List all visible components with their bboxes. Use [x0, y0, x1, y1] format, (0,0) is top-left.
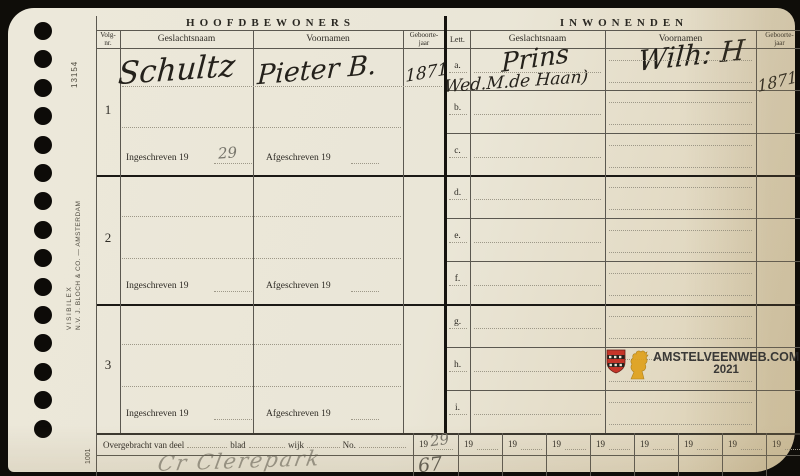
- lodger-row-letter: e.: [445, 231, 470, 241]
- element: jaar: [403, 40, 445, 48]
- dotted-line: [609, 295, 752, 296]
- rule-line: [96, 175, 800, 177]
- element: [614, 356, 616, 358]
- dotted-line: [609, 167, 752, 168]
- punch-hole: [34, 164, 52, 182]
- stock-number-vertical: 1001: [85, 430, 92, 464]
- dotted-line: [474, 285, 601, 286]
- year-cell: 19: [728, 439, 737, 449]
- dotted-line: [122, 258, 401, 259]
- dotted-line: [609, 449, 630, 450]
- year-cell: 19: [508, 439, 517, 449]
- dotted-line: [521, 449, 542, 450]
- rule-line: [96, 30, 800, 31]
- element: [631, 351, 648, 379]
- lodger-row-letter: h.: [445, 360, 470, 370]
- punch-hole: [34, 278, 52, 296]
- scanned-card-photo: 13154 VISIBILEX N.V. J. BLOCH & CO. — AM…: [0, 0, 800, 476]
- col-header-geboortejaar-left: Geboorte- jaar: [403, 32, 445, 47]
- rule-line: [96, 304, 800, 306]
- dotted-line: [697, 449, 718, 450]
- punch-hole: [34, 391, 52, 409]
- punch-hole: [34, 334, 52, 352]
- watermark-year: 2021: [653, 364, 799, 377]
- dotted-line: [609, 316, 752, 317]
- dotted-line: [609, 402, 752, 403]
- punch-hole: [34, 50, 52, 68]
- punch-hole: [34, 107, 52, 125]
- dotted-line: [122, 344, 401, 345]
- printer-name-vertical: N.V. J. BLOCH & CO. — AMSTERDAM: [75, 170, 82, 330]
- afgeschreven-label-1: Afgeschreven 19: [266, 153, 331, 163]
- afgeschreven-label-2: Afgeschreven 19: [266, 281, 331, 291]
- year-cell: 19: [552, 439, 561, 449]
- amstelveen-coat-of-arms-icon: [605, 348, 649, 380]
- rule-line: [445, 390, 800, 391]
- dotted-line: [785, 449, 800, 450]
- year-cell: 19: [464, 439, 473, 449]
- dotted-line: [449, 157, 467, 158]
- dotted-line: [449, 199, 467, 200]
- year-cell: 19: [640, 439, 649, 449]
- registration-card: 13154 VISIBILEX N.V. J. BLOCH & CO. — AM…: [8, 8, 795, 472]
- lodger-row-letter: a.: [445, 61, 470, 71]
- dotted-line: [474, 328, 601, 329]
- dotted-line: [214, 163, 252, 164]
- dotted-line: [474, 371, 601, 372]
- rule-line: [403, 30, 404, 433]
- dotted-blank: [187, 447, 227, 448]
- dotted-line: [214, 419, 252, 420]
- no-label: No.: [343, 440, 356, 450]
- dotted-line: [449, 328, 467, 329]
- dotted-line: [122, 386, 401, 387]
- rule-line: [445, 133, 800, 134]
- section-title-inwonenden: INWONENDEN: [445, 17, 800, 29]
- col-header-voornamen-left: Voornamen: [253, 34, 403, 44]
- overgebracht-label: Overgebracht van deel: [103, 440, 184, 450]
- punch-hole: [34, 221, 52, 239]
- ingeschreven-label-1: Ingeschreven 19: [126, 153, 189, 163]
- dotted-line: [609, 338, 752, 339]
- year-cell: 19: [772, 439, 781, 449]
- element: [619, 356, 621, 358]
- dotted-line: [609, 60, 752, 61]
- lodger-row-letter: c.: [445, 146, 470, 156]
- rule-line: [458, 433, 459, 476]
- lodger-row-letter: d.: [445, 188, 470, 198]
- dotted-line: [474, 199, 601, 200]
- rule-line: [590, 433, 591, 476]
- rule-line: [253, 30, 254, 433]
- dotted-line: [609, 230, 752, 231]
- rule-line: [722, 433, 723, 476]
- volgnr-2: 2: [96, 230, 120, 246]
- dotted-line: [351, 291, 379, 292]
- handwritten-birthyear-main: 1871: [405, 59, 448, 87]
- year-cell: 19: [684, 439, 693, 449]
- element: nr.: [96, 40, 120, 48]
- punch-hole: [34, 79, 52, 97]
- dotted-line: [609, 252, 752, 253]
- col-header-lett: Lett.: [445, 35, 470, 44]
- col-header-volgnr: Volg- nr.: [96, 32, 120, 47]
- rule-line: [445, 218, 800, 219]
- element: [620, 364, 622, 366]
- lodger-row-letter: g.: [445, 317, 470, 327]
- dotted-line: [449, 114, 467, 115]
- lodger-row-letter: i.: [445, 403, 470, 413]
- rule-line: [634, 433, 635, 476]
- section-title-hoofdbewoners: HOOFDBEWONERS: [96, 17, 445, 29]
- dotted-line: [122, 127, 401, 128]
- rule-line: [96, 16, 97, 476]
- year-cell-first: 19: [419, 439, 428, 449]
- ingeschreven-label-3: Ingeschreven 19: [126, 409, 189, 419]
- dotted-line: [609, 273, 752, 274]
- element: [609, 356, 611, 358]
- dotted-line: [474, 414, 601, 415]
- printer-imprint: VISIBILEX N.V. J. BLOCH & CO. — AMSTERDA…: [66, 170, 82, 330]
- volgnr-1: 1: [96, 102, 120, 118]
- watermark-site: AMSTELVEENWEB.COM: [653, 351, 799, 364]
- punch-hole: [34, 192, 52, 210]
- punch-hole: [34, 420, 52, 438]
- volgnr-3: 3: [96, 357, 120, 373]
- brand-vertical: VISIBILEX: [66, 170, 73, 330]
- dotted-line: [449, 72, 467, 73]
- punch-hole: [34, 363, 52, 381]
- dotted-line: [741, 449, 762, 450]
- element: [607, 350, 625, 373]
- dotted-line: [653, 449, 674, 450]
- dotted-line: [609, 102, 752, 103]
- ingeschreven-label-2: Ingeschreven 19: [126, 281, 189, 291]
- handwritten-scrawl: Cr Clerepark: [156, 446, 323, 476]
- dotted-line: [565, 449, 586, 450]
- dotted-line: [609, 381, 752, 382]
- punch-hole: [34, 306, 52, 324]
- handwritten-year-29: 29: [429, 430, 450, 450]
- afgeschreven-label-3: Afgeschreven 19: [266, 409, 331, 419]
- year-cell: 19: [596, 439, 605, 449]
- lodger-row-letter: b.: [445, 103, 470, 113]
- rule-line: [546, 433, 547, 476]
- dotted-blank: [359, 447, 406, 448]
- form-number-vertical: 13154: [70, 28, 79, 88]
- rule-line: [502, 433, 503, 476]
- dotted-line: [449, 371, 467, 372]
- dotted-line: [609, 187, 752, 188]
- dotted-line: [609, 145, 752, 146]
- dotted-line: [474, 114, 601, 115]
- dotted-line: [449, 285, 467, 286]
- dotted-line: [351, 419, 379, 420]
- punch-hole: [34, 22, 52, 40]
- amstelveenweb-watermark: AMSTELVEENWEB.COM 2021: [605, 348, 799, 380]
- dotted-line: [609, 124, 752, 125]
- dotted-line: [609, 82, 752, 83]
- dotted-line: [122, 216, 401, 217]
- dotted-line: [474, 72, 601, 73]
- dotted-line: [609, 209, 752, 210]
- rule-line: [445, 261, 800, 262]
- rule-line: [766, 433, 767, 476]
- rule-line: [413, 433, 414, 476]
- dotted-line: [449, 414, 467, 415]
- handwritten-birthyear-lodger: 1871: [757, 67, 798, 96]
- ingeschreven-year-handwritten: 29: [217, 143, 237, 162]
- dotted-line: [474, 242, 601, 243]
- dotted-line: [351, 163, 379, 164]
- element: [610, 364, 612, 366]
- dotted-line: [609, 424, 752, 425]
- element: jaar: [756, 40, 800, 48]
- rule-line: [678, 433, 679, 476]
- dotted-line: [474, 157, 601, 158]
- element: AMSTELVEENWEB.COM 2021: [653, 351, 799, 377]
- col-header-geslachtsnaam-left: Geslachtsnaam: [120, 34, 253, 44]
- lodger-row-letter: f.: [445, 274, 470, 284]
- dotted-line: [449, 242, 467, 243]
- dotted-line: [214, 291, 252, 292]
- punch-hole: [34, 136, 52, 154]
- dotted-line: [477, 449, 498, 450]
- element: [615, 364, 617, 366]
- punch-hole: [34, 249, 52, 267]
- col-header-geboortejaar-right: Geboorte- jaar: [756, 32, 800, 47]
- handwritten-number-67: 67: [417, 453, 443, 476]
